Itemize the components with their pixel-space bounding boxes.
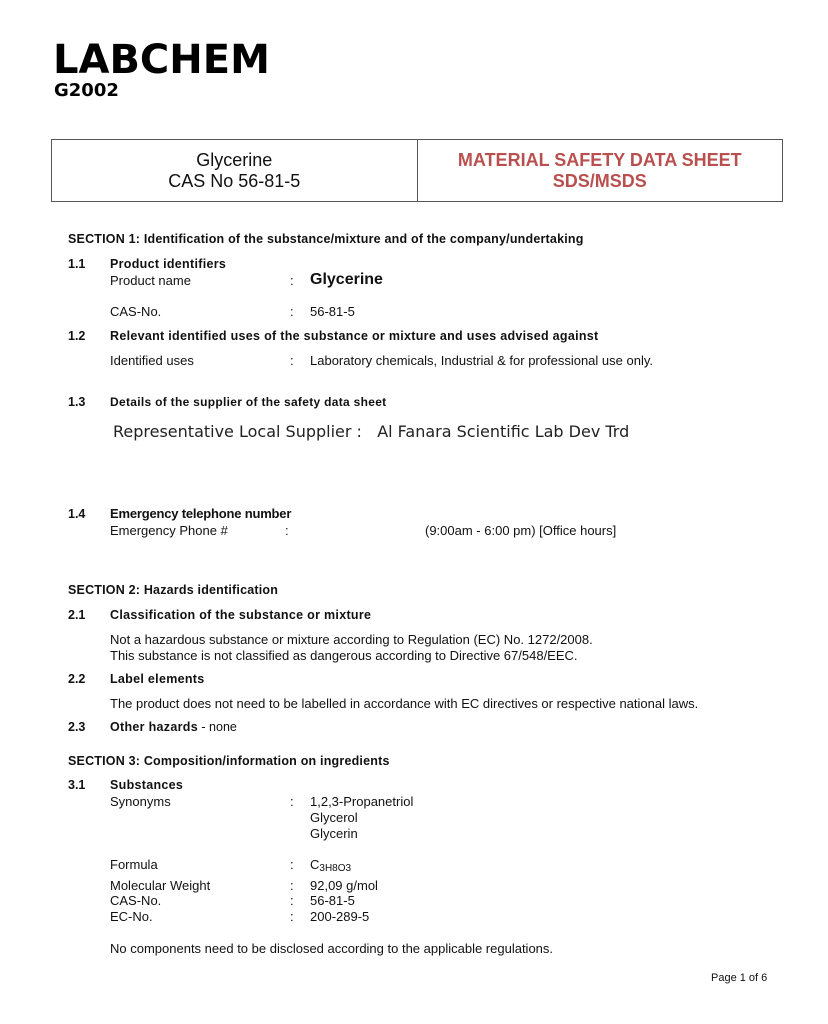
formula-c: C (310, 857, 319, 872)
subsection-title: Product identifiers (110, 257, 226, 271)
other-hazards-value: - none (198, 720, 237, 734)
colon: : (290, 304, 294, 319)
synonym: 1,2,3-Propanetriol (310, 794, 413, 809)
label-elements-text: The product does not need to be labelled… (110, 696, 698, 711)
subsection-title: Other hazards (110, 720, 198, 734)
product-cas: CAS No 56-81-5 (168, 171, 300, 192)
classification-text: Not a hazardous substance or mixture acc… (110, 632, 593, 647)
field-label: CAS-No. (110, 893, 161, 908)
field-label: Molecular Weight (110, 878, 210, 893)
subsection-number: 2.2 (68, 672, 85, 686)
colon: : (290, 893, 294, 908)
formula-value: C3H8O3 (310, 857, 351, 874)
colon: : (290, 878, 294, 893)
subsection-number: 1.4 (68, 507, 85, 521)
colon: : (285, 523, 289, 538)
cas-value: 56-81-5 (310, 304, 355, 319)
supplier-info: Representative Local Supplier : Al Fanar… (113, 422, 629, 441)
disclosure-note: No components need to be disclosed accor… (110, 941, 553, 956)
colon: : (290, 909, 294, 924)
section-1-heading: SECTION 1: Identification of the substan… (68, 232, 584, 246)
subsection-title: Substances (110, 778, 183, 792)
subsection-number: 2.3 (68, 720, 85, 734)
emergency-hours: (9:00am - 6:00 pm) [Office hours] (425, 523, 616, 538)
subsection-number: 1.2 (68, 329, 85, 343)
formula-rest: 3H8O3 (319, 863, 351, 874)
document-title: MATERIAL SAFETY DATA SHEET (458, 150, 742, 171)
field-label: Formula (110, 857, 158, 872)
synonym: Glycerol (310, 810, 358, 825)
colon: : (290, 273, 294, 288)
company-logo: LABCHEM (53, 38, 270, 82)
colon: : (290, 794, 294, 809)
field-label: Identified uses (110, 353, 194, 368)
page-number: Page 1 of 6 (711, 972, 767, 984)
molecular-weight-value: 92,09 g/mol (310, 878, 378, 893)
subsection-number: 3.1 (68, 778, 85, 792)
product-title: Glycerine (196, 150, 272, 171)
field-label: Synonyms (110, 794, 171, 809)
subsection-title: Classification of the substance or mixtu… (110, 608, 371, 622)
subsection-title: Details of the supplier of the safety da… (110, 395, 386, 409)
product-title-cell: Glycerine CAS No 56-81-5 (52, 140, 418, 201)
document-title-cell: MATERIAL SAFETY DATA SHEET SDS/MSDS (418, 140, 783, 201)
field-label: Emergency Phone # (110, 523, 228, 538)
subsection-title: Label elements (110, 672, 205, 686)
product-name-value: Glycerine (310, 271, 383, 289)
subsection-number: 2.1 (68, 608, 85, 622)
synonym: Glycerin (310, 826, 358, 841)
document-subtitle: SDS/MSDS (553, 171, 647, 192)
field-label: Product name (110, 273, 191, 288)
ec-value: 200-289-5 (310, 909, 369, 924)
subsection-number: 1.1 (68, 257, 85, 271)
subsection-number: 1.3 (68, 395, 85, 409)
colon: : (290, 353, 294, 368)
subsection-title: Relevant identified uses of the substanc… (110, 329, 599, 343)
colon: : (290, 857, 294, 872)
section-2-heading: SECTION 2: Hazards identification (68, 583, 278, 597)
title-box: Glycerine CAS No 56-81-5 MATERIAL SAFETY… (51, 139, 783, 202)
section-3-heading: SECTION 3: Composition/information on in… (68, 754, 390, 768)
field-label: EC-No. (110, 909, 153, 924)
field-label: CAS-No. (110, 304, 161, 319)
product-code: G2002 (54, 80, 119, 102)
identified-uses-value: Laboratory chemicals, Industrial & for p… (310, 353, 653, 368)
other-hazards: Other hazards - none (110, 720, 237, 734)
subsection-title: Emergency telephone number (110, 506, 291, 521)
classification-text: This substance is not classified as dang… (110, 648, 578, 663)
cas-value: 56-81-5 (310, 893, 355, 908)
